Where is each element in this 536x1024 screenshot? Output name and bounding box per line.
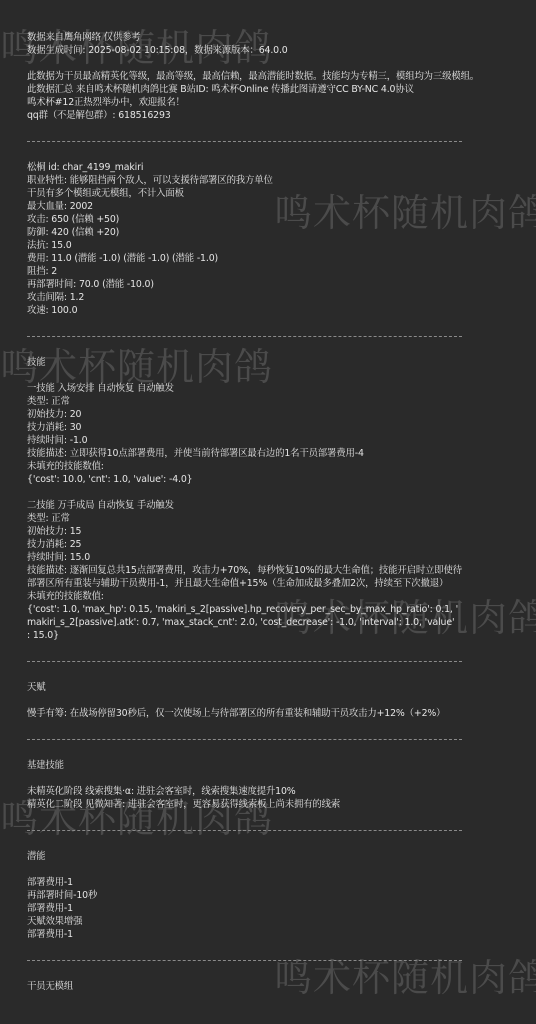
potential-item: 部署费用-1 xyxy=(27,876,517,889)
potential-item: 部署费用-1 xyxy=(27,928,517,941)
divider xyxy=(27,336,462,337)
skill-unfilled-values-cont: makiri_s_2[passive].atk': 0.7, 'max_stac… xyxy=(27,616,517,629)
skill-init-sp: 初始技力: 15 xyxy=(27,525,517,538)
operator-section: 松桐 id: char_4199_makiri 职业特性: 能够阻挡两个敌人，可… xyxy=(27,161,517,317)
skill-description: 技能描述: 立即获得10点部署费用，并使当前待部署区最右边的1名干员部署费用-4 xyxy=(27,447,517,460)
base-skills-section: 基建技能 未精英化阶段 线索搜集·α: 进驻会客室时，线索搜集速度提升10% 精… xyxy=(27,759,517,811)
module-section: 干员无模组 xyxy=(27,980,517,993)
skill-name: 二技能 万手成局 自动恢复 手动触发 xyxy=(27,499,517,512)
stat-atk: 攻击: 650 (信赖 +50) xyxy=(27,213,517,226)
base-skill-item: 未精英化阶段 线索搜集·α: 进驻会客室时，线索搜集速度提升10% xyxy=(27,785,517,798)
divider xyxy=(27,830,462,831)
header-section: 数据来自鹰角网络 仅供参考 数据生成时间: 2025-08-02 10:15:0… xyxy=(27,31,517,122)
divider xyxy=(27,739,462,740)
divider xyxy=(27,661,462,662)
skill-name: 一技能 入场安排 自动恢复 自动触发 xyxy=(27,382,517,395)
talent-text: 慢手有筹: 在战场停留30秒后，仅一次使场上与待部署区的所有重装和辅助干员攻击力… xyxy=(27,707,517,720)
potential-item: 部署费用-1 xyxy=(27,902,517,915)
skills-section: 技能 一技能 入场安排 自动恢复 自动触发 类型: 正常 初始技力: 20 技力… xyxy=(27,356,517,642)
skill-description-cont: 部署区所有重装与辅助干员费用-1，并且最大生命值+15%（生命加成最多叠加2次，… xyxy=(27,577,517,590)
stat-atk-interval: 攻击间隔: 1.2 xyxy=(27,291,517,304)
stat-atk-speed: 攻速: 100.0 xyxy=(27,304,517,317)
section-title-potential: 潜能 xyxy=(27,850,517,863)
module-text: 干员无模组 xyxy=(27,980,517,993)
section-title-base-skills: 基建技能 xyxy=(27,759,517,772)
skill-type: 类型: 正常 xyxy=(27,395,517,408)
skill-type: 类型: 正常 xyxy=(27,512,517,525)
stat-res: 法抗: 15.0 xyxy=(27,239,517,252)
talent-section: 天赋 慢手有筹: 在战场停留30秒后，仅一次使场上与待部署区的所有重装和辅助干员… xyxy=(27,681,517,720)
event-note: 鸣术杯#12正热烈举办中，欢迎报名！ xyxy=(27,96,517,109)
skill-sp-cost: 技力消耗: 25 xyxy=(27,538,517,551)
potential-section: 潜能 部署费用-1 再部署时间-10秒 部署费用-1 天赋效果增强 部署费用-1 xyxy=(27,850,517,941)
skill-description: 技能描述: 逐渐回复总共15点部署费用，攻击力+70%，每秒恢复10%的最大生命… xyxy=(27,564,517,577)
license-note: 此数据汇总 来自鸣术杯随机肉鸽比赛 B站ID: 鸣术杯Online 传播此图请遵… xyxy=(27,83,517,96)
stat-max-hp: 最大血量: 2002 xyxy=(27,200,517,213)
module-note: 干员有多个模组或无模组，不计入面板 xyxy=(27,187,517,200)
skill-duration: 持续时间: 15.0 xyxy=(27,551,517,564)
document-body: 数据来自鹰角网络 仅供参考 数据生成时间: 2025-08-02 10:15:0… xyxy=(27,31,517,993)
source-note: 数据来自鹰角网络 仅供参考 xyxy=(27,31,517,44)
stat-def: 防御: 420 (信赖 +20) xyxy=(27,226,517,239)
base-skill-item: 精英化二阶段 见微知著: 进驻会客室时，更容易获得线索板上尚未拥有的线索 xyxy=(27,798,517,811)
skill-1: 一技能 入场安排 自动恢复 自动触发 类型: 正常 初始技力: 20 技力消耗:… xyxy=(27,382,517,486)
data-note: 此数据为干员最高精英化等级，最高等级，最高信赖，最高潜能时数据。技能均为专精三，… xyxy=(27,70,517,83)
generated-timestamp: 数据生成时间: 2025-08-02 10:15:08，数据来源版本：64.0.… xyxy=(27,44,517,57)
divider xyxy=(27,141,462,142)
section-title-talent: 天赋 xyxy=(27,681,517,694)
skill-sp-cost: 技力消耗: 30 xyxy=(27,421,517,434)
qq-group: qq群（不是解包群）: 618516293 xyxy=(27,109,517,122)
stat-block: 阻挡: 2 xyxy=(27,265,517,278)
operator-trait: 职业特性: 能够阻挡两个敌人，可以支援待部署区的我方单位 xyxy=(27,174,517,187)
skill-unfilled-values: {'cost': 10.0, 'cnt': 1.0, 'value': -4.0… xyxy=(27,473,517,486)
section-title-skills: 技能 xyxy=(27,356,517,369)
divider xyxy=(27,960,462,961)
skill-unfilled-label: 未填充的技能数值: xyxy=(27,460,517,473)
stat-redeploy: 再部署时间: 70.0 (潜能 -10.0) xyxy=(27,278,517,291)
skill-unfilled-label: 未填充的技能数值: xyxy=(27,590,517,603)
skill-unfilled-values: {'cost': 1.0, 'max_hp': 0.15, 'makiri_s_… xyxy=(27,603,517,616)
skill-init-sp: 初始技力: 20 xyxy=(27,408,517,421)
stat-cost: 费用: 11.0 (潜能 -1.0) (潜能 -1.0) (潜能 -1.0) xyxy=(27,252,517,265)
potential-item: 再部署时间-10秒 xyxy=(27,889,517,902)
potential-item: 天赋效果增强 xyxy=(27,915,517,928)
skill-duration: 持续时间: -1.0 xyxy=(27,434,517,447)
operator-name-id: 松桐 id: char_4199_makiri xyxy=(27,161,517,174)
skill-2: 二技能 万手成局 自动恢复 手动触发 类型: 正常 初始技力: 15 技力消耗:… xyxy=(27,499,517,642)
skill-unfilled-values-cont: : 15.0} xyxy=(27,629,517,642)
